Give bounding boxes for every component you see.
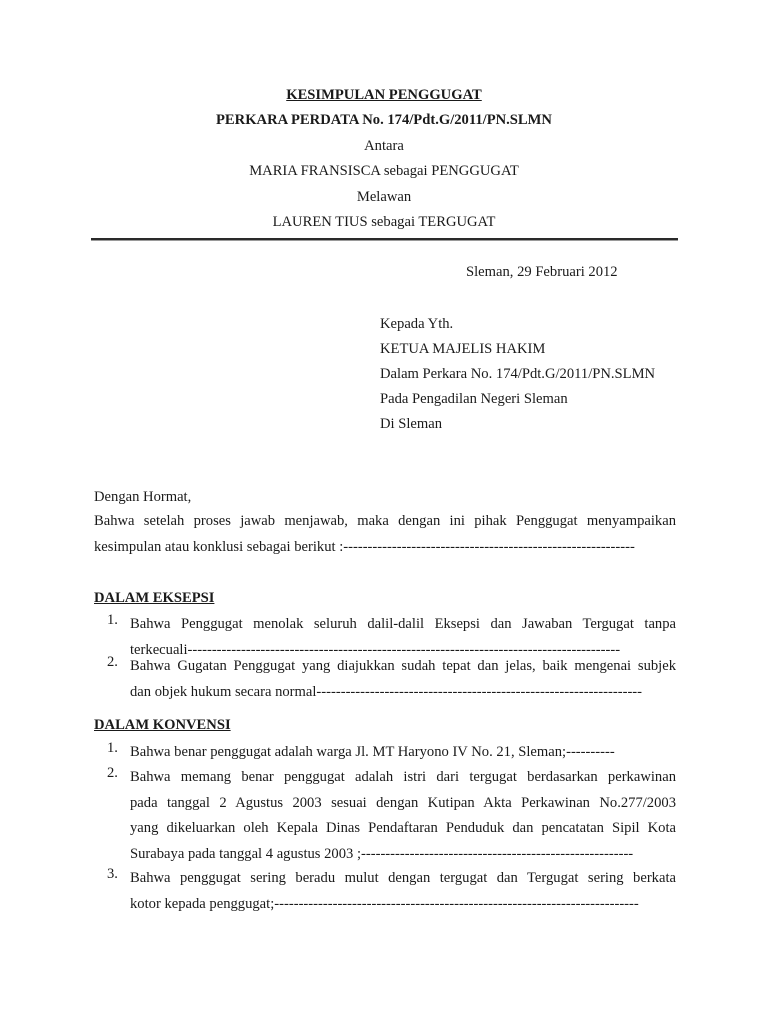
- list-item-line: Bahwa memang benar penggugat adalah istr…: [130, 765, 676, 791]
- between-label: Antara: [0, 138, 768, 155]
- intro-paragraph: Bahwa setelah proses jawab menjawab, mak…: [94, 509, 676, 560]
- list-item-number: 2.: [107, 765, 121, 782]
- plaintiff-line: MARIA FRANSISCA sebagai PENGGUGAT: [0, 163, 768, 180]
- document-page: KESIMPULAN PENGGUGAT PERKARA PERDATA No.…: [0, 0, 768, 1024]
- paragraph-line: Bahwa setelah proses jawab menjawab, mak…: [94, 509, 676, 535]
- document-title: KESIMPULAN PENGGUGAT: [0, 87, 768, 104]
- list-item-number: 2.: [107, 654, 121, 671]
- section-heading-eksepsi: DALAM EKSEPSI: [94, 590, 214, 607]
- list-item-line: Bahwa Gugatan Penggugat yang diajukkan s…: [130, 654, 676, 680]
- addressee-line: KETUA MAJELIS HAKIM: [380, 341, 545, 358]
- addressee-line: Dalam Perkara No. 174/Pdt.G/2011/PN.SLMN: [380, 366, 655, 383]
- place-date: Sleman, 29 Februari 2012: [466, 264, 618, 281]
- addressee-line: Di Sleman: [380, 416, 442, 433]
- list-item-line: Surabaya pada tanggal 4 agustus 2003 ;--…: [130, 842, 676, 868]
- list-item-line: Bahwa penggugat sering beradu mulut deng…: [130, 866, 676, 892]
- list-item-line: Bahwa benar penggugat adalah warga Jl. M…: [130, 740, 676, 766]
- list-item-line: Bahwa Penggugat menolak seluruh dalil-da…: [130, 612, 676, 638]
- case-number: PERKARA PERDATA No. 174/Pdt.G/2011/PN.SL…: [0, 112, 768, 129]
- versus-label: Melawan: [0, 189, 768, 206]
- addressee-line: Pada Pengadilan Negeri Sleman: [380, 391, 568, 408]
- greeting: Dengan Hormat,: [94, 489, 191, 506]
- list-item-line: dan objek hukum secara normal-----------…: [130, 680, 676, 706]
- list-item-line: kotor kepada penggugat;-----------------…: [130, 892, 676, 918]
- list-item-number: 1.: [107, 612, 121, 629]
- list-item-line: pada tanggal 2 Agustus 2003 sesuai denga…: [130, 791, 676, 817]
- addressee-line: Kepada Yth.: [380, 316, 453, 333]
- header-divider: [91, 238, 678, 241]
- defendant-line: LAUREN TIUS sebagai TERGUGAT: [0, 214, 768, 231]
- paragraph-line: kesimpulan atau konklusi sebagai berikut…: [94, 535, 676, 561]
- list-item-line: yang dikeluarkan oleh Kepala Dinas Penda…: [130, 816, 676, 842]
- list-item-number: 3.: [107, 866, 121, 883]
- list-item-number: 1.: [107, 740, 121, 757]
- section-heading-konvensi: DALAM KONVENSI: [94, 717, 231, 734]
